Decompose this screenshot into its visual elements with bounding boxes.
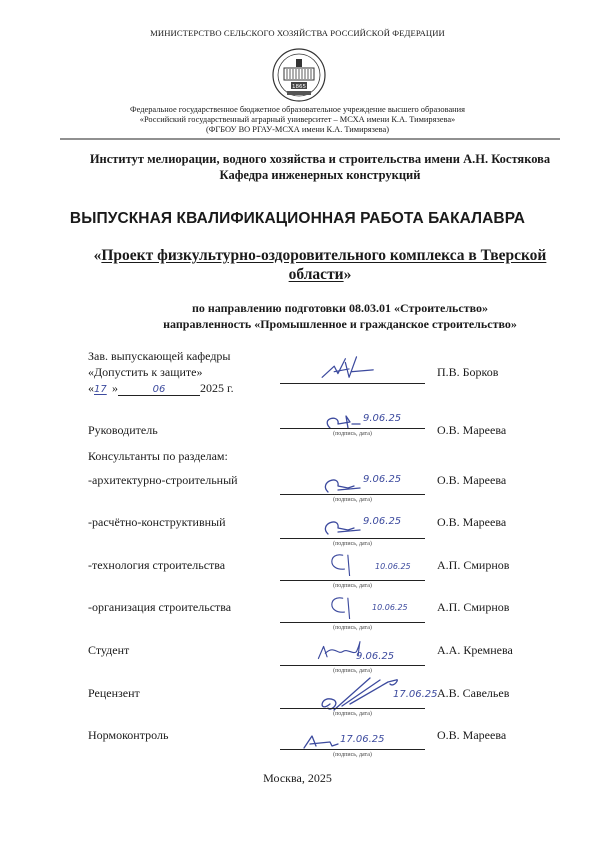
institute-name: Институт мелиорации, водного хозяйства и…: [60, 152, 580, 167]
person-name: О.В. Мареева: [437, 728, 506, 743]
handwritten-date: 17.06.25: [393, 689, 438, 700]
header-divider: [60, 138, 560, 140]
svg-text:1865: 1865: [292, 84, 306, 90]
signature-caption: (подпись, дата): [280, 583, 425, 589]
signature-caption: (подпись, дата): [280, 711, 425, 717]
signature-line: [280, 580, 425, 581]
approval-line-2: «Допустить к защите»: [88, 365, 202, 380]
handwritten-date: 17.06.25: [340, 734, 385, 745]
study-focus: направленность «Промышленное и гражданск…: [80, 317, 595, 332]
signature-architectural: [300, 470, 420, 496]
signature-structural: [300, 512, 420, 538]
person-name: О.В. Мареева: [437, 473, 506, 488]
handwritten-date: 10.06.25: [375, 562, 411, 571]
person-name: А.В. Савельев: [437, 686, 509, 701]
signature-borkov: [315, 355, 385, 381]
signature-caption: (подпись, дата): [280, 625, 425, 631]
signature-caption: (подпись, дата): [280, 431, 425, 437]
signature-line: [280, 708, 425, 709]
work-title-line-2: области»: [80, 266, 560, 284]
role-structural: -расчётно-конструктивный: [88, 515, 226, 530]
approval-day: 17: [94, 384, 112, 395]
institution-line-1: Федеральное государственное бюджетное об…: [0, 105, 595, 114]
role-supervisor: Руководитель: [88, 423, 158, 438]
approval-line-1: Зав. выпускающей кафедры: [88, 349, 231, 364]
role-technology: -технология строительства: [88, 558, 225, 573]
signature-line-approval: [280, 383, 425, 384]
approval-person: П.В. Борков: [437, 365, 498, 380]
approval-month: 06: [118, 384, 200, 396]
role-architectural: -архитектурно-строительный: [88, 473, 238, 488]
work-title-line-1: «Проект физкультурно-оздоровительного ко…: [80, 247, 560, 265]
handwritten-date: 10.06.25: [372, 603, 408, 612]
person-name: А.П. Смирнов: [437, 558, 509, 573]
signature-caption: (подпись, дата): [280, 497, 425, 503]
person-name: О.В. Мареева: [437, 515, 506, 530]
signature-line: [280, 494, 425, 495]
consultants-heading: Консультанты по разделам:: [88, 449, 228, 464]
signature-line: [280, 665, 425, 666]
signature-line: [280, 538, 425, 539]
person-name: О.В. Мареева: [437, 423, 506, 438]
role-reviewer: Рецензент: [88, 686, 140, 701]
person-name: А.П. Смирнов: [437, 600, 509, 615]
role-student: Студент: [88, 643, 129, 658]
signature-line: [280, 749, 425, 750]
signature-caption: (подпись, дата): [280, 541, 425, 547]
handwritten-date: 9.06.25: [356, 651, 394, 662]
handwritten-date: 9.06.25: [363, 516, 401, 527]
study-direction: по направлению подготовки 08.03.01 «Стро…: [80, 301, 595, 316]
approval-date: «17»062025 г.: [88, 381, 234, 396]
institution-line-3: (ФГБОУ ВО РГАУ-МСХА имени К.А. Тимирязев…: [0, 125, 595, 134]
handwritten-date: 9.06.25: [363, 474, 401, 485]
ministry-name: МИНИСТЕРСТВО СЕЛЬСКОГО ХОЗЯЙСТВА РОССИЙС…: [0, 28, 595, 38]
university-emblem-icon: 1865: [271, 47, 327, 103]
signature-line: [280, 428, 425, 429]
city-year: Москва, 2025: [0, 771, 595, 786]
department-name: Кафедра инженерных конструкций: [60, 168, 580, 183]
person-name: А.А. Кремнева: [437, 643, 513, 658]
institution-line-2: «Российский государственный аграрный уни…: [0, 115, 595, 124]
handwritten-date: 9.06.25: [363, 413, 401, 424]
role-norm-control: Нормоконтроль: [88, 728, 168, 743]
signature-line: [280, 622, 425, 623]
role-organization: -организация строительства: [88, 600, 231, 615]
signature-caption: (подпись, дата): [280, 752, 425, 758]
work-type: ВЫПУСКНАЯ КВАЛИФИКАЦИОННАЯ РАБОТА БАКАЛА…: [0, 210, 595, 228]
